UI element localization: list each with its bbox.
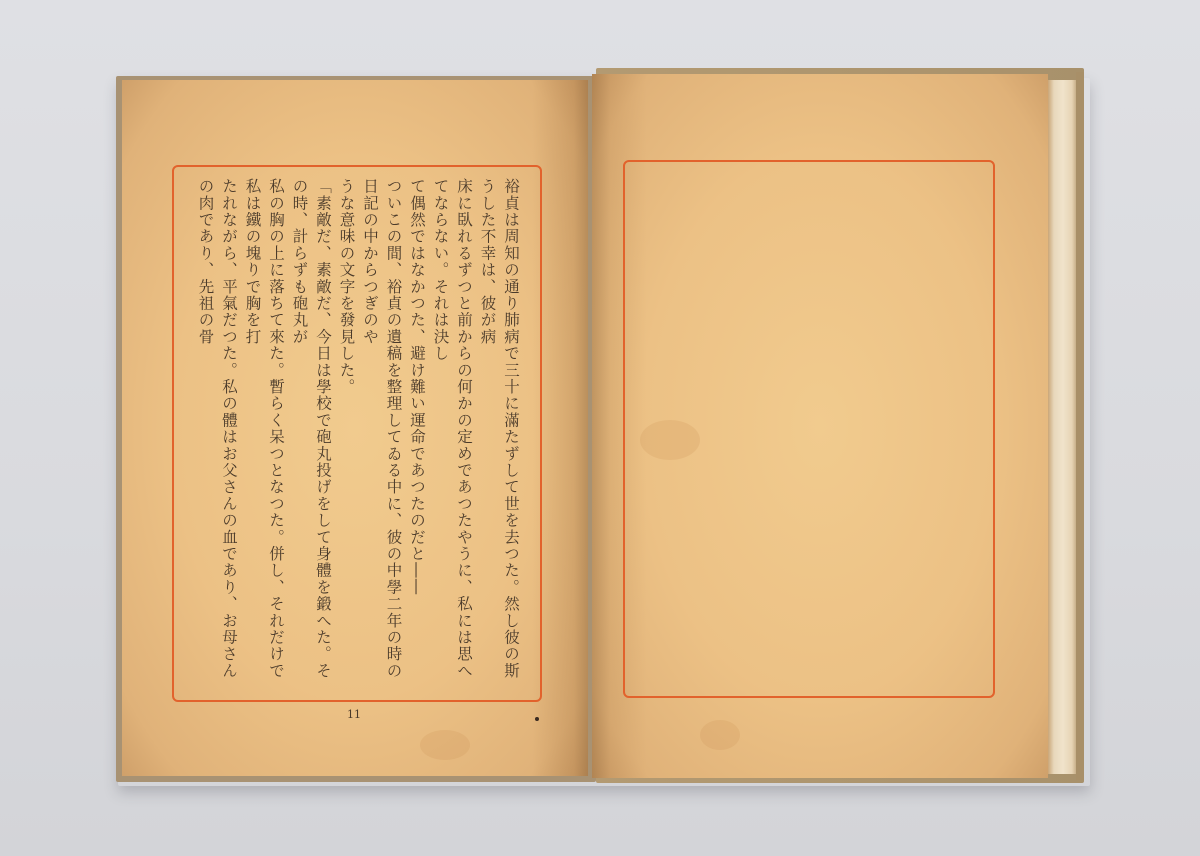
open-book: 裕貞は周知の通り肺病で三十に滿たずして世を去つた。然し彼の斯うした不幸は、彼が病… xyxy=(0,0,1200,856)
page-stack-edge xyxy=(1048,80,1078,774)
text-column: 私の胸の上に落ちて來た。暫らく呆つとなつた。併し、それだけで私は鐵の塊りで胸を打 xyxy=(240,178,287,688)
vertical-japanese-text: 裕貞は周知の通り肺病で三十に滿たずして世を去つた。然し彼の斯うした不幸は、彼が病… xyxy=(196,178,522,688)
text-column: うな意味の文字を發見した。 xyxy=(334,178,358,688)
right-page-empty-frame xyxy=(623,160,995,698)
text-column: 裕貞は周知の通り肺病で三十に滿たずして世を去つた。然し彼の斯うした不幸は、彼が病 xyxy=(475,178,522,688)
text-column: ついこの間、裕貞の遺稿を整理してゐる中に、彼の中學二年の時の日記の中からつぎのや xyxy=(358,178,405,688)
page-number: 11 xyxy=(347,708,361,721)
text-column: 床に臥れるずつと前からの何かの定めであつたやうに、私には思へてならない。それは決… xyxy=(428,178,475,688)
ink-speck xyxy=(535,717,539,721)
text-column: 「素敵だ、素敵だ、今日は學校で砲丸投げをして身體を鍛へた。その時、計らずも砲丸が xyxy=(287,178,334,688)
paper-stain xyxy=(700,720,740,750)
text-column: て偶然ではなかつた、避け難い運命であつたのだと―― xyxy=(405,178,429,688)
back-cover-edge xyxy=(1076,72,1084,780)
paper-stain xyxy=(420,730,470,760)
text-column: たれながら、平氣だつた。私の體はお父さんの血であり、お母さんの肉であり、先祖の骨 xyxy=(196,178,240,688)
